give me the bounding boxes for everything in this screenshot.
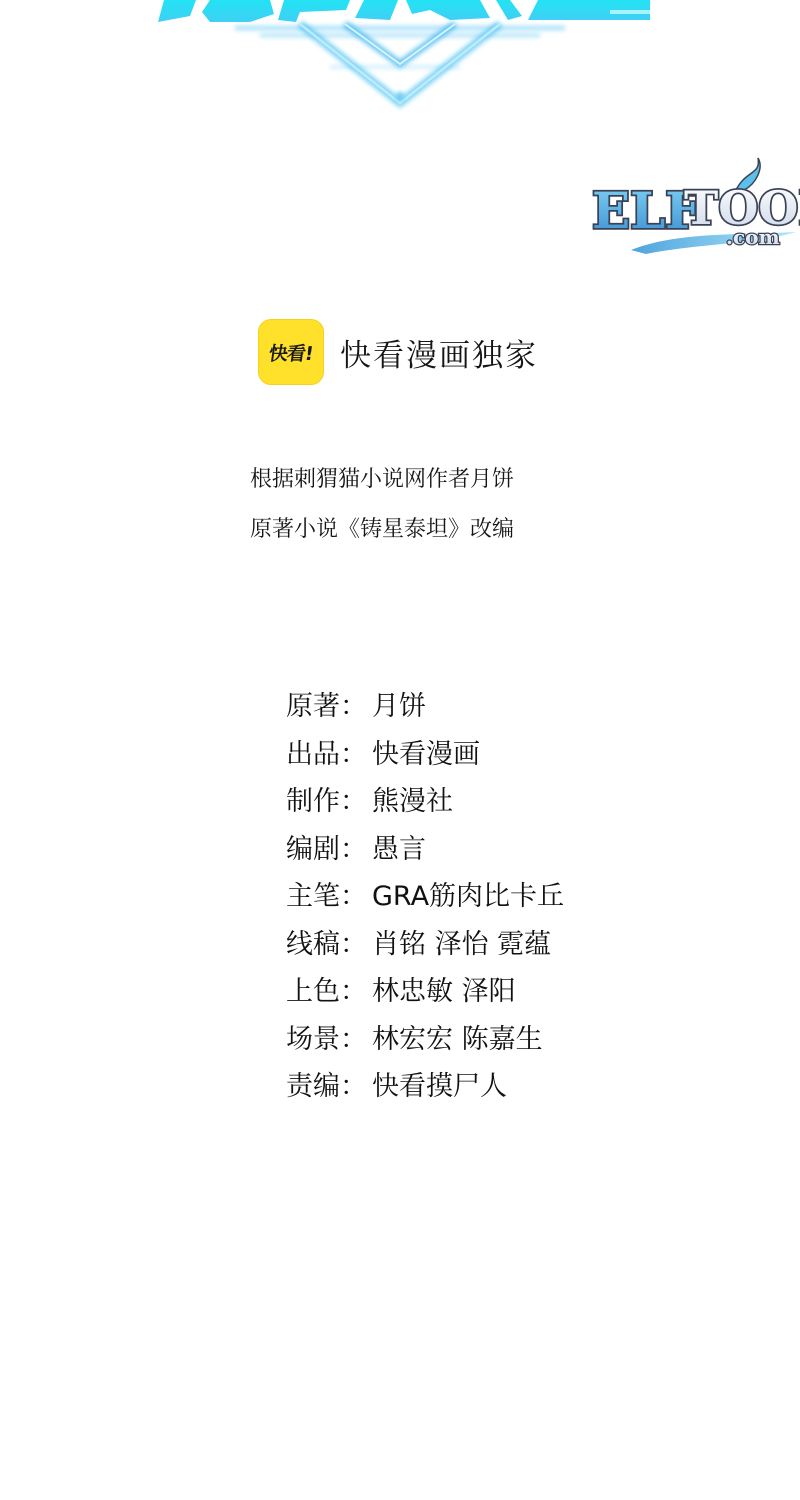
title-logo-icon — [150, 0, 650, 115]
credit-row-editor: 责编： 快看摸尸人 — [286, 1063, 564, 1111]
credit-row-script: 编剧： 愚言 — [286, 826, 564, 874]
elftoon-watermark: ELF TOON .com — [586, 140, 800, 260]
credit-role: 制作： — [286, 778, 372, 826]
elftoon-logo-icon: ELF TOON .com — [586, 140, 800, 260]
credit-role: 上色： — [286, 968, 372, 1016]
credit-row-coloring: 上色： 林忠敏 泽阳 — [286, 968, 564, 1016]
credit-name: 愚言 — [372, 826, 426, 874]
exclusive-label: 快看漫画独家 — [340, 330, 538, 375]
credit-row-publisher: 出品： 快看漫画 — [286, 731, 564, 779]
credit-role: 责编： — [286, 1063, 372, 1111]
credits-list: 原著： 月饼 出品： 快看漫画 制作： 熊漫社 编剧： 愚言 主笔： GRA筋肉… — [286, 683, 564, 1111]
credit-row-lead-artist: 主笔： GRA筋肉比卡丘 — [286, 873, 564, 921]
credit-role: 线稿： — [286, 921, 372, 969]
credit-name: GRA筋肉比卡丘 — [372, 873, 564, 921]
adaptation-line-1: 根据刺猬猫小说网作者月饼 — [250, 455, 570, 505]
credit-name: 快看摸尸人 — [372, 1063, 507, 1111]
exclusive-banner: 快看! 快看漫画独家 — [258, 318, 538, 386]
adaptation-line-2: 原著小说《铸星泰坦》改编 — [250, 505, 570, 555]
elftoon-com-text: .com — [726, 225, 780, 249]
credit-row-original-author: 原著： 月饼 — [286, 683, 564, 731]
credit-role: 原著： — [286, 683, 372, 731]
credit-name: 林宏宏 陈嘉生 — [372, 1016, 543, 1064]
kuaikan-app-icon: 快看! — [258, 319, 324, 385]
credit-role: 编剧： — [286, 826, 372, 874]
credit-name: 林忠敏 泽阳 — [372, 968, 516, 1016]
credit-name: 肖铭 泽怡 霓蕴 — [372, 921, 551, 969]
credit-name: 熊漫社 — [372, 778, 453, 826]
credit-name: 月饼 — [372, 683, 426, 731]
credit-role: 出品： — [286, 731, 372, 779]
credit-row-production: 制作： 熊漫社 — [286, 778, 564, 826]
credit-row-backgrounds: 场景： 林宏宏 陈嘉生 — [286, 1016, 564, 1064]
kuaikan-logo-text: 快看! — [267, 339, 314, 366]
credit-row-line-art: 线稿： 肖铭 泽怡 霓蕴 — [286, 921, 564, 969]
credit-name: 快看漫画 — [372, 731, 480, 779]
adaptation-note: 根据刺猬猫小说网作者月饼 原著小说《铸星泰坦》改编 — [250, 455, 570, 555]
credit-role: 场景： — [286, 1016, 372, 1064]
credit-role: 主笔： — [286, 873, 372, 921]
comic-title-logo — [150, 0, 650, 115]
